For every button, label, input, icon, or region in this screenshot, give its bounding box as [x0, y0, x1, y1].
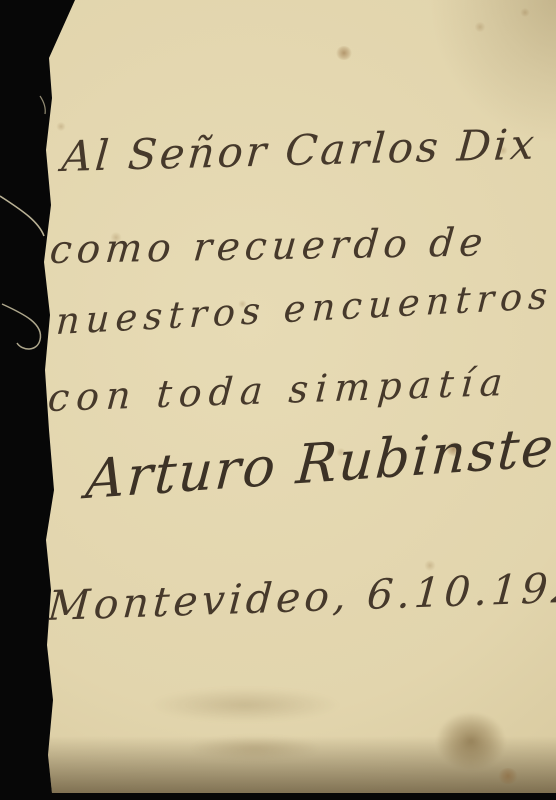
- stain: [56, 122, 66, 131]
- scanned-photo: Al Señor Carlos Dix como recuerdo de nue…: [0, 0, 556, 800]
- stain: [498, 768, 518, 784]
- handwriting-line-dedication: Al Señor Carlos Dix: [60, 120, 539, 182]
- signature: Arturo Rubinstein: [84, 411, 556, 511]
- stain: [336, 46, 352, 60]
- ink-showthrough-smudge: [150, 688, 340, 722]
- handwriting-line-3: nuestros encuentros: [55, 274, 555, 343]
- paper-page: Al Señor Carlos Dix como recuerdo de nue…: [0, 0, 556, 800]
- handwriting-line-4: con toda simpatía: [46, 360, 510, 420]
- ink-showthrough-smudge: [190, 736, 320, 760]
- handwriting-line-2: como recuerdo de: [48, 220, 489, 273]
- large-stain: [436, 712, 506, 770]
- dateline: Montevideo, 6.10.1928: [46, 562, 556, 630]
